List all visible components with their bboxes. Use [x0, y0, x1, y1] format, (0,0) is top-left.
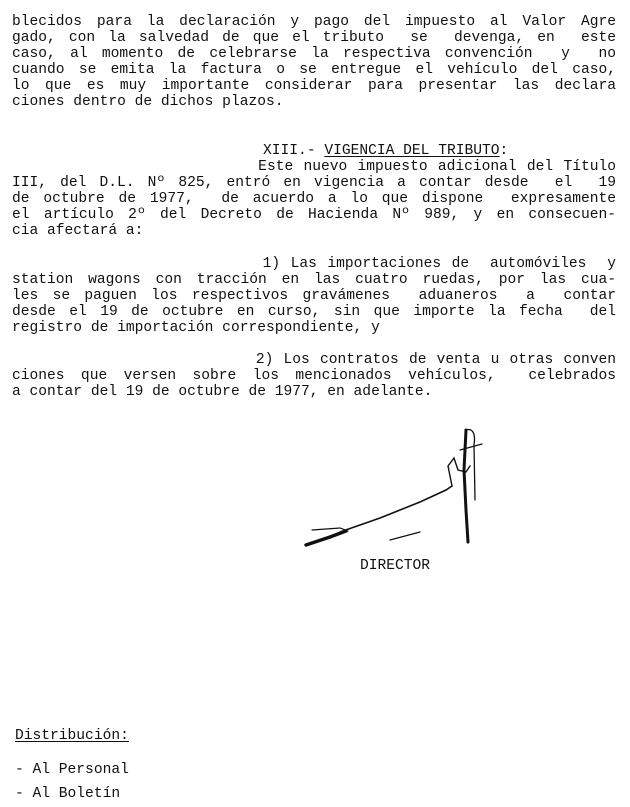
- handwritten-signature: [0, 0, 630, 807]
- distribution-heading: Distribución:: [15, 728, 129, 744]
- signatory-title: DIRECTOR: [360, 558, 430, 574]
- distribution-item: - Al Boletín: [15, 786, 120, 802]
- distribution-item: - Al Personal: [15, 762, 129, 778]
